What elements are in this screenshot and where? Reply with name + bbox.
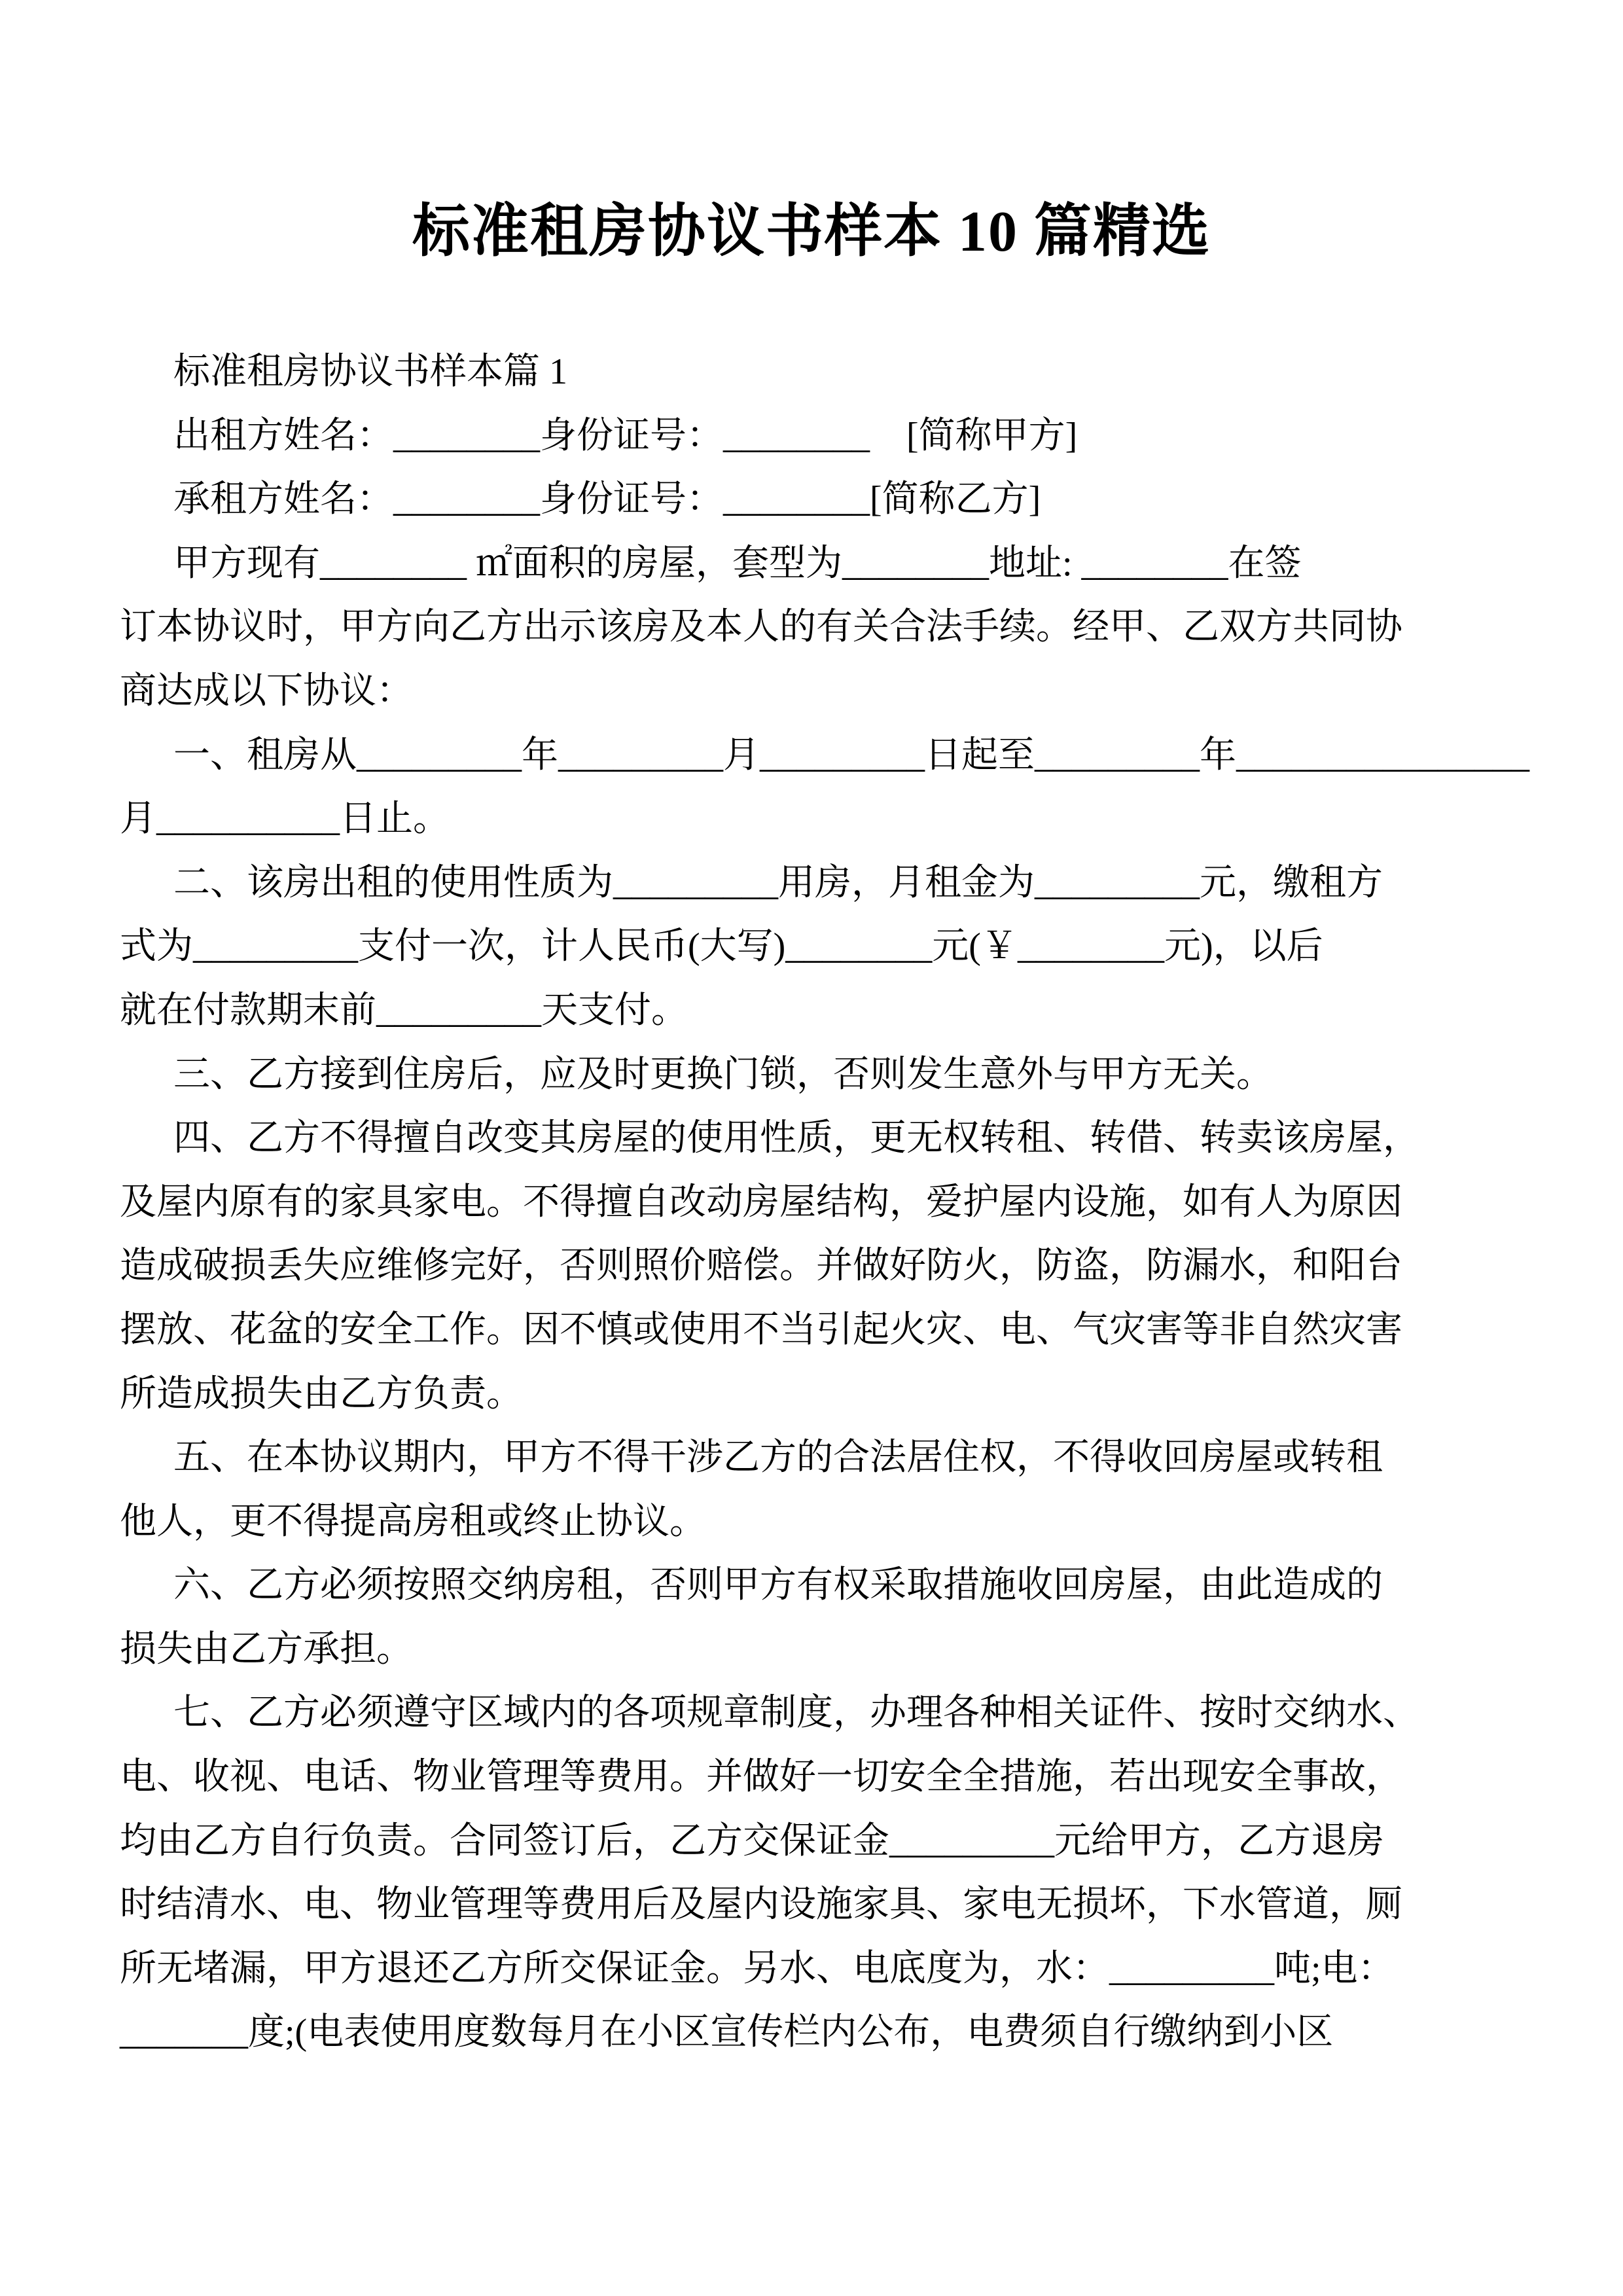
document-page: 标准租房协议书样本 10 篇精选 标准租房协议书样本篇 1出租方姓名：_____…	[0, 0, 1623, 2296]
text-line: 六、乙方必须按照交纳房租，否则甲方有权采取措施收回房屋，由此造成的	[120, 1554, 1370, 1618]
text-line: 月__________日止。	[120, 787, 1370, 852]
text-line: 标准租房协议书样本篇 1	[120, 340, 1370, 404]
text-line: 及屋内原有的家具家电。不得擅自改动房屋结构，爱护屋内设施，如有人为原因	[120, 1171, 1370, 1235]
text-line: 甲方现有________ ㎡面积的房屋，套型为________地址: _____…	[120, 532, 1370, 596]
document-body: 标准租房协议书样本篇 1出租方姓名：________身份证号：________ …	[120, 340, 1370, 2065]
text-line: 造成破损丢失应维修完好，否则照价赔偿。并做好防火，防盗，防漏水，和阳台	[120, 1234, 1370, 1299]
text-line: 五、在本协议期内，甲方不得干涉乙方的合法居住权，不得收回房屋或转租	[120, 1426, 1370, 1490]
text-line: 所无堵漏，甲方退还乙方所交保证金。另水、电底度为，水：_________吨;电：	[120, 1937, 1370, 2001]
text-line: 他人，更不得提高房租或终止协议。	[120, 1490, 1370, 1554]
text-line: _______度;(电表使用度数每月在小区宣传栏内公布，电费须自行缴纳到小区	[120, 2001, 1370, 2065]
text-line: 摆放、花盆的安全工作。因不慎或使用不当引起火灾、电、气灾害等非自然灾害	[120, 1299, 1370, 1363]
text-line: 订本协议时，甲方向乙方出示该房及本人的有关合法手续。经甲、乙双方共同协	[120, 596, 1370, 660]
text-line: 就在付款期末前_________天支付。	[120, 979, 1370, 1043]
text-line: 二、该房出租的使用性质为_________用房，月租金为_________元，缴…	[120, 852, 1370, 916]
document-title: 标准租房协议书样本 10 篇精选	[0, 196, 1623, 268]
text-line: 出租方姓名：________身份证号：________ [简称甲方]	[120, 404, 1370, 469]
text-line: 三、乙方接到住房后，应及时更换门锁，否则发生意外与甲方无关。	[120, 1043, 1370, 1107]
text-line: 一、租房从_________年_________月_________日起至___…	[120, 724, 1370, 788]
text-line: 四、乙方不得擅自改变其房屋的使用性质，更无权转租、转借、转卖该房屋，	[120, 1107, 1370, 1171]
text-line: 式为_________支付一次，计人民币(大写)________元(￥_____…	[120, 915, 1370, 979]
text-line: 损失由乙方承担。	[120, 1618, 1370, 1682]
text-line: 承租方姓名：________身份证号：________[简称乙方]	[120, 468, 1370, 532]
text-line: 均由乙方自行负责。合同签订后，乙方交保证金_________元给甲方，乙方退房	[120, 1810, 1370, 1874]
text-line: 七、乙方必须遵守区域内的各项规章制度，办理各种相关证件、按时交纳水、	[120, 1681, 1370, 1746]
text-line: 时结清水、电、物业管理等费用后及屋内设施家具、家电无损坏，下水管道，厕	[120, 1873, 1370, 1937]
text-line: 电、收视、电话、物业管理等费用。并做好一切安全全措施，若出现安全事故，	[120, 1746, 1370, 1810]
text-line: 商达成以下协议：	[120, 660, 1370, 724]
text-line: 所造成损失由乙方负责。	[120, 1363, 1370, 1427]
